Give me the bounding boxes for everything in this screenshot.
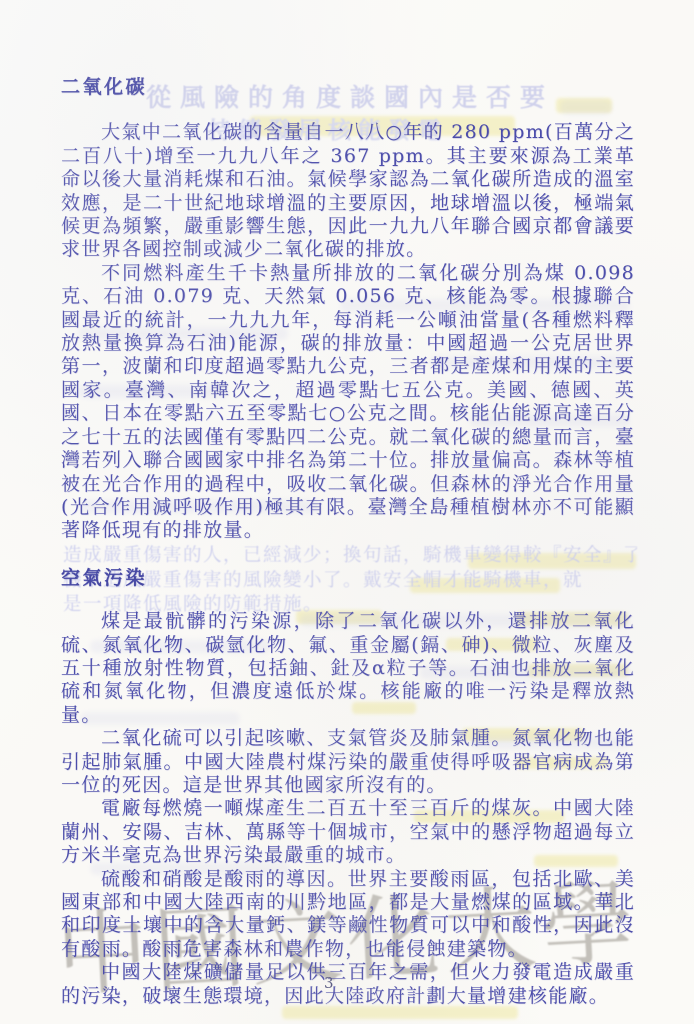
paragraph-coal-ash-cities: 電廠每燃燒一噸煤產生二百五十至三百斤的煤灰。中國大陸蘭州、安陽、吉林、萬縣等十個… [61,797,635,867]
paragraph-coal-reserves: 中國大陸煤礦儲量足以供三百年之需，但火力發電造成嚴重的污染，破壞生態環境，因此大… [61,961,635,1008]
paragraph-acid-rain: 硫酸和硝酸是酸雨的導因。世界主要酸雨區，包括北歐、美國東部和中國大陸西南的川黔地… [61,868,635,962]
paragraph-coal-pollutants: 煤是最骯髒的污染源，除了二氧化碳以外，還排放二氧化硫、氮氧化物、碳氫化物、氟、重… [61,610,635,727]
paragraph-fuel-emissions: 不同燃料產生千卡熱量所排放的二氧化碳分別為煤 0.098 克、石油 0.079 … [61,262,635,543]
scanned-document-page: 從風險的角度談國內是否要 持續發展核能發電 造成嚴重傷害的人，已經減少；換句話，… [0,0,694,1024]
document-body: 二氧化碳 大氣中二氧化碳的含量自一八八○年的 280 ppm(百萬分之二百八十)… [61,76,635,1008]
section-heading-carbon-dioxide: 二氧化碳 [61,76,635,99]
paragraph-co2-levels: 大氣中二氧化碳的含量自一八八○年的 280 ppm(百萬分之二百八十)增至一九九… [61,121,635,261]
paragraph-health-effects: 二氧化硫可以引起咳嗽、支氣管炎及肺氣腫。氮氧化物也能引起肺氣腫。中國大陸農村煤污… [61,727,635,797]
page-number: 3 [324,974,335,992]
section-heading-air-pollution: 空氣污染 [61,567,635,590]
